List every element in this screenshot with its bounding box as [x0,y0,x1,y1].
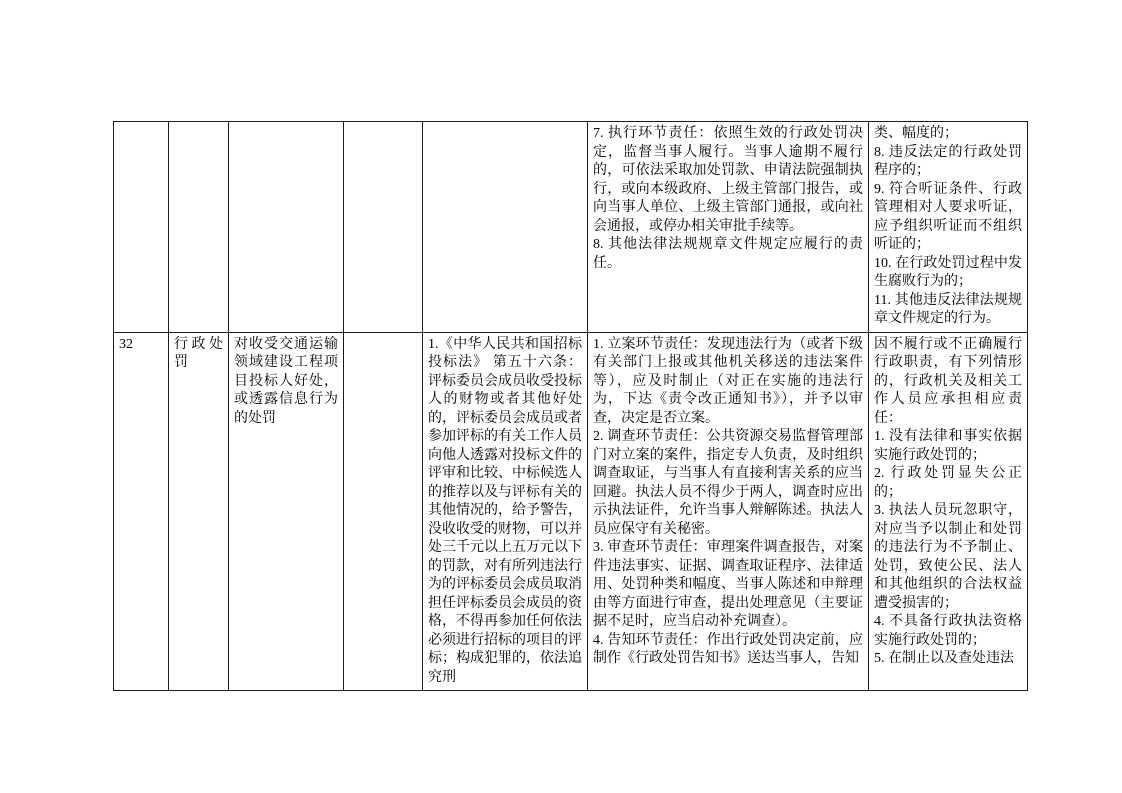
cell-extra [344,332,423,691]
cell-item-name: 对收受交通运输领域建设工程项目投标人好处，或透露信息行为的处罚 [229,332,344,691]
cell-item-name [229,122,344,333]
document-page: 7. 执行环节责任：依照生效的行政处罚决定，监督当事人履行。当事人逾期不履行的，… [0,0,1122,793]
cell-accountability: 类、幅度的； 8. 违反法定的行政处罚程序的； 9. 符合听证条件、行政管理相对… [869,122,1028,333]
cell-duty-steps: 7. 执行环节责任：依照生效的行政处罚决定，监督当事人履行。当事人逾期不履行的，… [588,122,869,333]
cell-duty-steps: 1. 立案环节责任：发现违法行为（或者下级有关部门上报或其他机关移送的违法案件等… [588,332,869,691]
cell-serial-number: 32 [114,332,169,691]
cell-legal-basis [423,122,588,333]
cell-extra [344,122,423,333]
cell-penalty-category [169,122,229,333]
cell-accountability: 因不履行或不正确履行行政职责，有下列情形的，行政机关及相关工作人员应承担相应责任… [869,332,1028,691]
penalty-responsibility-table: 7. 执行环节责任：依照生效的行政处罚决定，监督当事人履行。当事人逾期不履行的，… [113,121,1028,691]
cell-penalty-category: 行政处罚 [169,332,229,691]
table-row-continued: 7. 执行环节责任：依照生效的行政处罚决定，监督当事人履行。当事人逾期不履行的，… [114,122,1028,333]
table-row-32: 32 行政处罚 对收受交通运输领域建设工程项目投标人好处，或透露信息行为的处罚 … [114,332,1028,691]
cell-legal-basis: 1.《中华人民共和国招标投标法》 第五十六条：评标委员会成员收受投标人的财物或者… [423,332,588,691]
cell-serial-number [114,122,169,333]
